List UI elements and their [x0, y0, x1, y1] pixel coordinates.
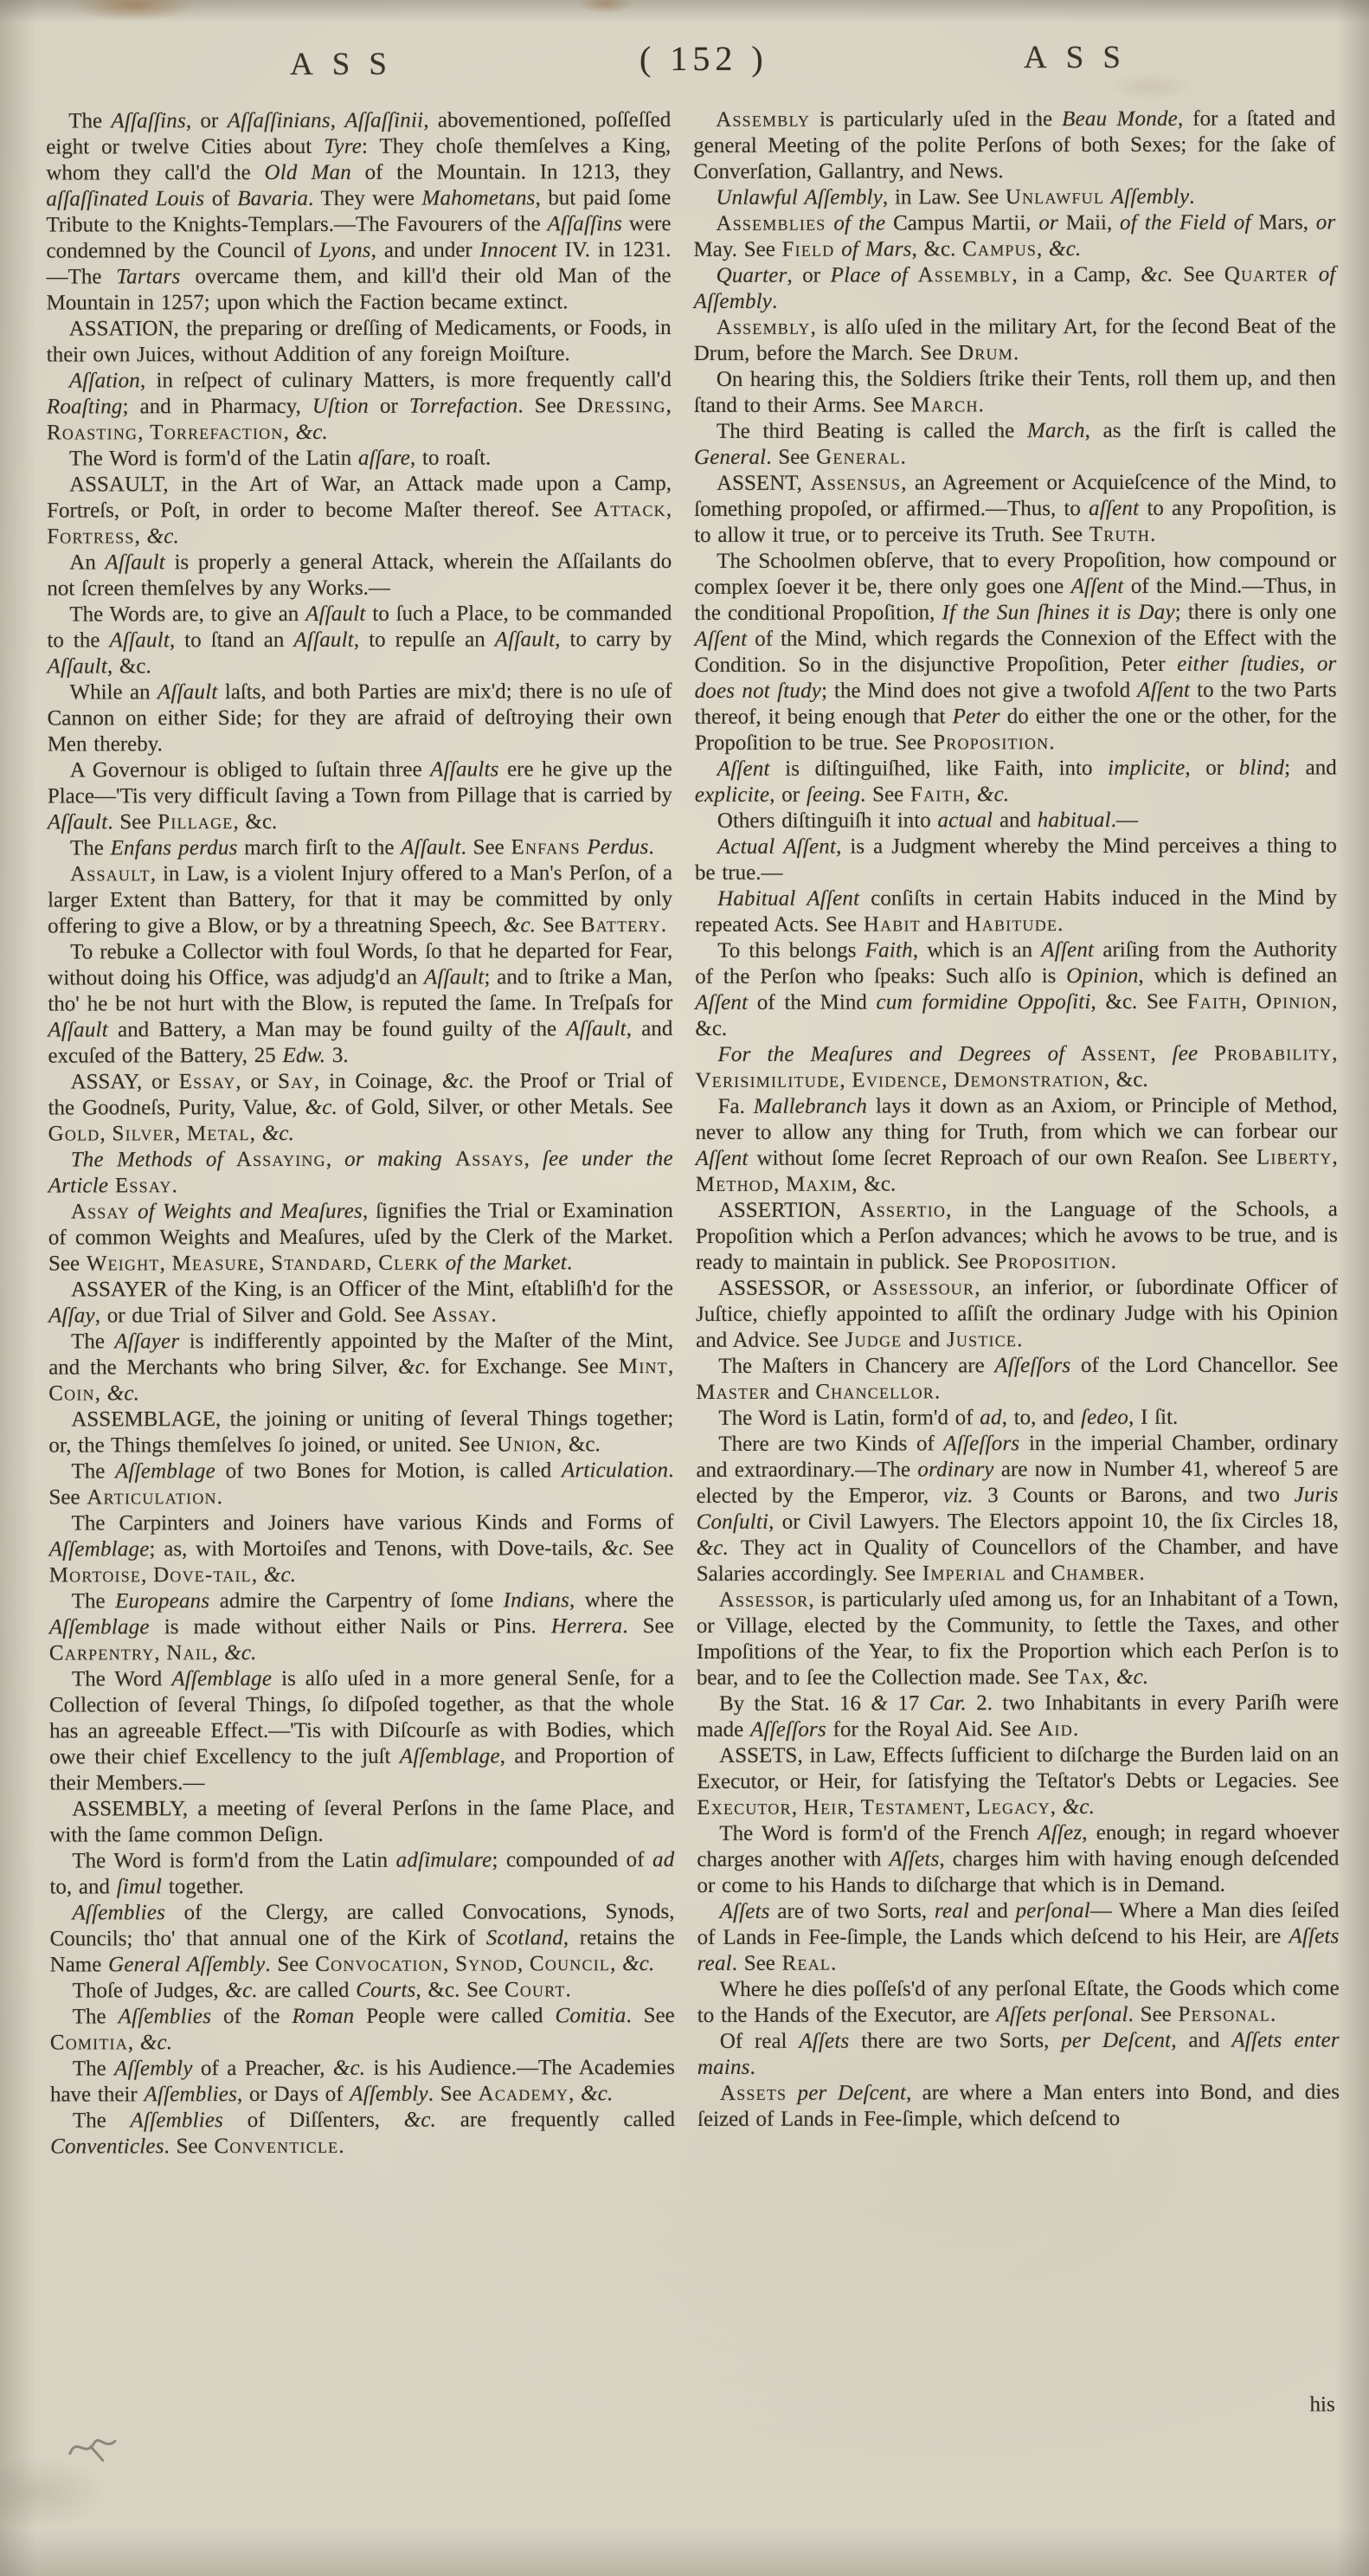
- paragraph: The Europeans admire the Carpentry of ſo…: [49, 1587, 674, 1667]
- paragraph: There are two Kinds of Aſſeſſors in the …: [696, 1430, 1338, 1587]
- paragraph: Habitual Aſſent conſiſts in certain Habi…: [695, 885, 1337, 938]
- paragraph: Assemblies of the Campus Martii, or Maii…: [693, 209, 1335, 263]
- header-right-title: ASS: [1024, 39, 1140, 76]
- paragraph: The Aſſemblies of Diſſenters, &c. are fr…: [50, 2107, 675, 2161]
- paragraph: Of real Aſſets there are two Sorts, per …: [697, 2027, 1340, 2081]
- paragraph: ASSEMBLY, a meeting of ſeveral Perſons i…: [49, 1795, 674, 1849]
- paragraph: ASSETS, in Law, Effects ſufficient to di…: [697, 1742, 1339, 1821]
- scanned-page: ASS ( 152 ) ASS The Aſſaſſins, or Aſſaſſ…: [0, 0, 1369, 2576]
- scan-content: ASS ( 152 ) ASS The Aſſaſſins, or Aſſaſſ…: [0, 0, 1369, 2576]
- column-left: The Aſſaſſins, or Aſſaſſinians, Aſſaſſin…: [46, 107, 675, 2161]
- paragraph: Others diſtinguiſh it into actual and ha…: [695, 807, 1337, 834]
- text-columns: The Aſſaſſins, or Aſſaſſinians, Aſſaſſin…: [46, 106, 1340, 2160]
- paragraph: The Carpinters and Joiners have various …: [49, 1510, 674, 1589]
- paragraph: On hearing this, the Soldiers ſtrike the…: [694, 365, 1336, 419]
- paragraph: Assets per Deſcent, are where a Man ente…: [697, 2079, 1340, 2133]
- paragraph: Fa. Mallebranch lays it down as an Axiom…: [696, 1092, 1338, 1198]
- paragraph: Assembly, is alſo uſed in the military A…: [694, 313, 1336, 367]
- paragraph: Aſſemblies of the Clergy, are called Con…: [49, 1899, 674, 1979]
- paragraph: Assessor, is particularly uſed among us,…: [697, 1586, 1339, 1691]
- paragraph: Assault, in Law, is a violent Injury off…: [48, 860, 672, 940]
- paragraph: The Word Aſſemblage is alſo uſed in a mo…: [49, 1665, 674, 1797]
- paragraph: For the Meaſures and Degrees of Assent, …: [695, 1040, 1337, 1094]
- paragraph: Thoſe of Judges, &c. are called Courts, …: [50, 1977, 675, 2005]
- paragraph: The Maſters in Chancery are Aſſeſſors of…: [696, 1352, 1338, 1406]
- paragraph: The Words are, to give an Aſſault to ſuc…: [47, 601, 672, 680]
- catchword: his: [1309, 2392, 1334, 2417]
- paragraph: ASSATION, the preparing or dreſſing of M…: [47, 315, 672, 369]
- paragraph: To this belongs Faith, which is an Aſſen…: [695, 937, 1337, 1042]
- paragraph: ASSAULT, in the Art of War, an Attack ma…: [47, 471, 672, 551]
- paragraph: ASSESSOR, or Assessour, an inferior, or …: [696, 1274, 1338, 1354]
- paragraph: The Word is Latin, form'd of ad, to, and…: [696, 1404, 1338, 1432]
- paragraph: Aſſation, in reſpect of culinary Matters…: [47, 367, 672, 447]
- column-right: Assembly is particularly uſed in the Bea…: [693, 106, 1340, 2159]
- paragraph: ASSAY, or Essay, or Say, in Coinage, &c.…: [48, 1068, 672, 1148]
- paragraph: Assembly is particularly uſed in the Bea…: [693, 106, 1335, 185]
- paragraph: Unlawful Aſſembly, in Law. See Unlawful …: [693, 184, 1335, 211]
- paragraph: The Word is form'd from the Latin adſimu…: [49, 1847, 674, 1901]
- paragraph: While an Aſſault laſts, and both Parties…: [48, 679, 672, 758]
- paragraph: ASSERTION, Assertio, in the Language of …: [696, 1196, 1338, 1276]
- paragraph: The Word is form'd of the French Aſſez, …: [697, 1819, 1339, 1899]
- page-number: ( 152 ): [640, 38, 768, 79]
- paragraph: The Schoolmen obſerve, that to every Pro…: [694, 547, 1337, 757]
- paragraph: ASSEMBLAGE, the joining or uniting of ſe…: [48, 1406, 673, 1459]
- paragraph: ASSAYER of the King, is an Officer of th…: [48, 1276, 673, 1330]
- paragraph: The Word is form'd of the Latin aſſare, …: [47, 445, 672, 473]
- paragraph: The third Beating is called the March, a…: [694, 417, 1336, 471]
- paragraph: Actual Aſſent, is a Judgment whereby the…: [695, 833, 1337, 886]
- paragraph: The Aſſemblies of the Roman People were …: [50, 2003, 675, 2057]
- paragraph: The Aſſayer is indifferently appointed b…: [48, 1328, 673, 1407]
- header-left-title: ASS: [290, 46, 406, 83]
- paragraph: ASSENT, Assensus, an Agreement or Acquie…: [694, 469, 1336, 549]
- paragraph: To rebuke a Collector with foul Words, ſ…: [48, 938, 672, 1070]
- paragraph: Aſſent is diſtinguiſhed, like Faith, int…: [695, 755, 1337, 808]
- paragraph: A Governour is obliged to ſuſtain three …: [48, 757, 672, 836]
- paragraph: The Aſſembly of a Preacher, &c. is his A…: [50, 2055, 675, 2109]
- paragraph: Quarter, or Place of Assembly, in a Camp…: [694, 261, 1336, 315]
- paragraph: The Methods of Assaying, or making Assay…: [48, 1146, 673, 1200]
- paragraph: The Enfans perdus march firſt to the Aſſ…: [48, 834, 672, 862]
- ink-flourish-mark: [65, 2420, 125, 2481]
- paragraph: By the Stat. 16 & 17 Car. 2. two Inhabit…: [697, 1690, 1339, 1743]
- paragraph: Where he dies poſſeſs'd of any perſonal …: [697, 1975, 1340, 2029]
- paragraph: An Aſſault is properly a general Attack,…: [47, 549, 672, 602]
- paragraph: The Aſſaſſins, or Aſſaſſinians, Aſſaſſin…: [46, 107, 672, 317]
- paragraph: The Aſſemblage of two Bones for Motion, …: [48, 1458, 673, 1511]
- paragraph: Assay of Weights and Meaſures, ſignifies…: [48, 1198, 673, 1278]
- running-header: ASS ( 152 ) ASS: [0, 0, 1366, 2]
- paragraph: Aſſets are of two Sorts, real and perſon…: [697, 1897, 1339, 1977]
